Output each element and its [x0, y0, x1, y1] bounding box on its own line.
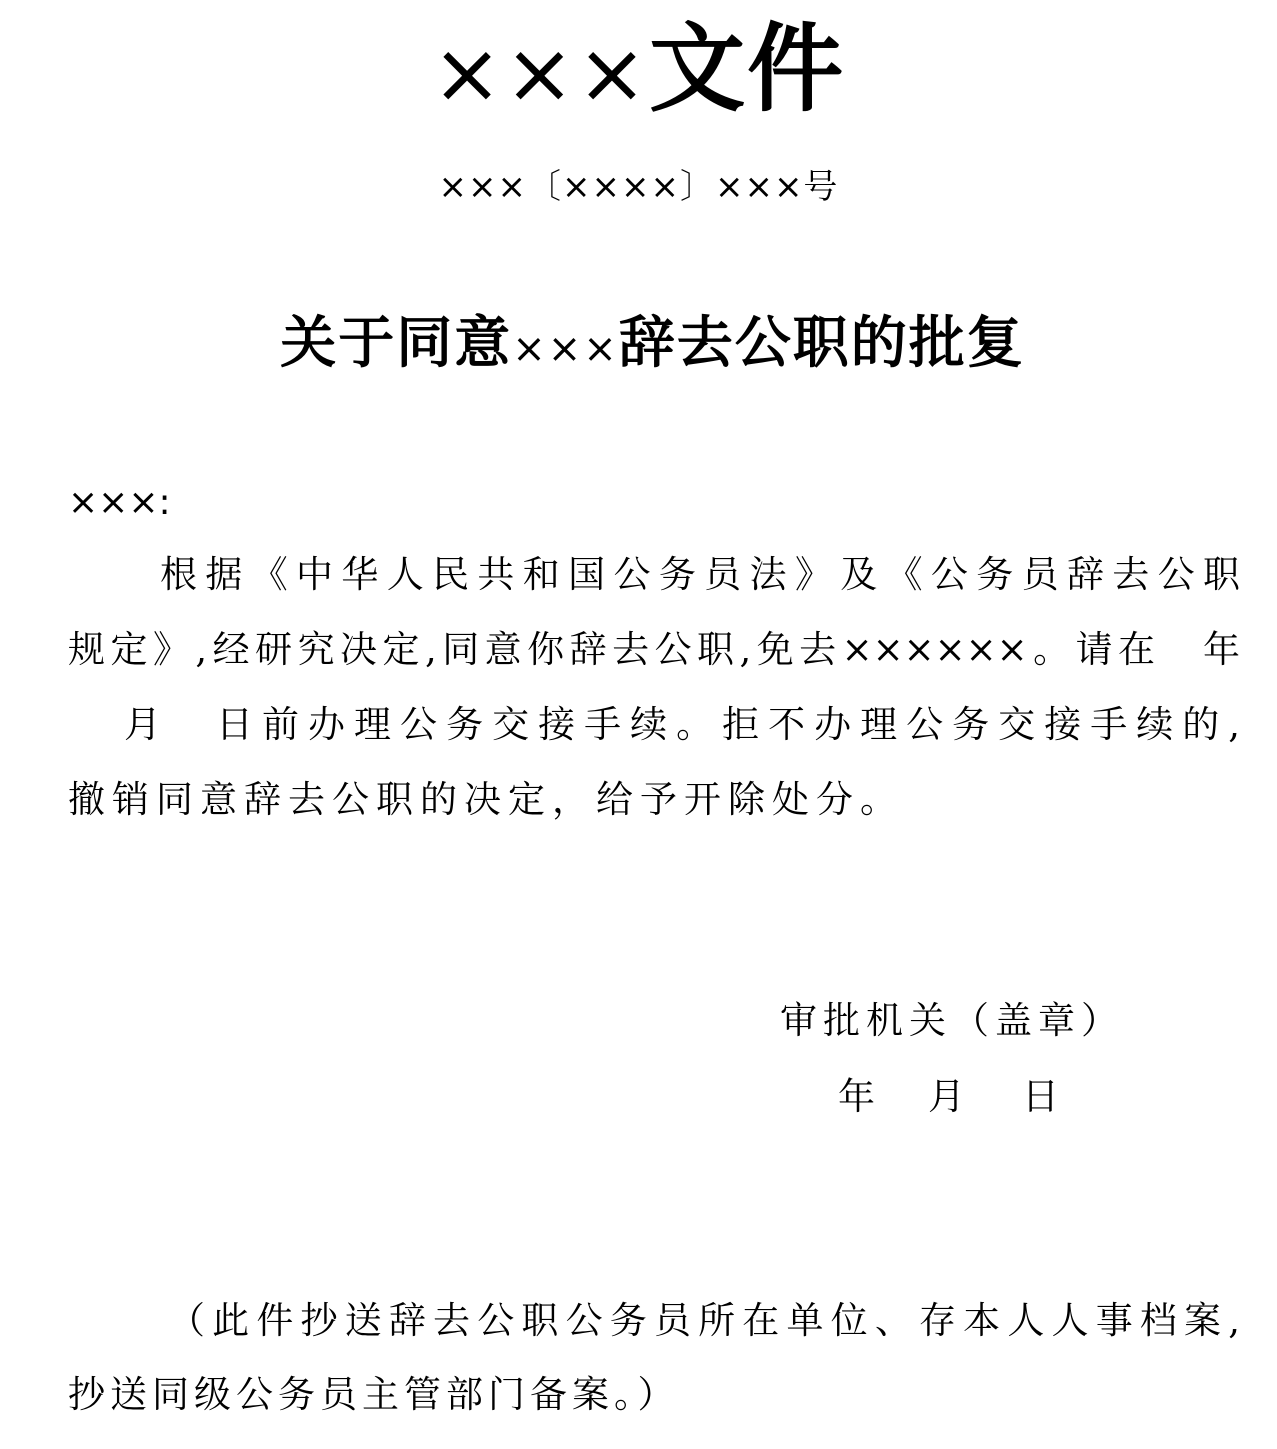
date-day: 日	[1022, 1072, 1059, 1122]
body-paragraph-line: 根据《中华人民共和国公务员法》及《公务员辞去公职	[68, 550, 1240, 600]
cc-note-line: （此件抄送辞去公职公务员所在单位、存本人人事档案,	[68, 1296, 1240, 1346]
cc-note-line: 抄送同级公务员主管部门备案。）	[68, 1370, 1240, 1420]
issuer-placeholder: ×××	[432, 24, 649, 122]
body-paragraph-line: 撤销同意辞去公职的决定，给予开除处分。	[68, 775, 1240, 825]
body-paragraph-line: 月 日前办理公务交接手续。拒不办理公务交接手续的,	[68, 700, 1240, 750]
document-number: ×××〔××××〕×××号	[0, 164, 1277, 210]
document-title: 关于同意×××辞去公职的批复	[0, 308, 1277, 384]
approving-authority-seal: 审批机关（盖章）	[780, 996, 1124, 1046]
title-name-placeholder: ×××	[512, 326, 619, 372]
title-part-1: 关于同意	[280, 310, 512, 376]
body-paragraph-line: 规定》,经研究决定,同意你辞去公职,免去××××××。请在 年	[68, 625, 1240, 675]
signature-date: 年月日	[838, 1072, 1059, 1122]
title-part-2: 辞去公职的批复	[619, 310, 1025, 376]
issuer-suffix: 文件	[649, 12, 845, 125]
date-month: 月	[928, 1072, 1022, 1122]
date-year: 年	[838, 1072, 928, 1122]
document-header: ×××文件	[0, 4, 1277, 138]
salutation: ×××:	[68, 478, 171, 528]
